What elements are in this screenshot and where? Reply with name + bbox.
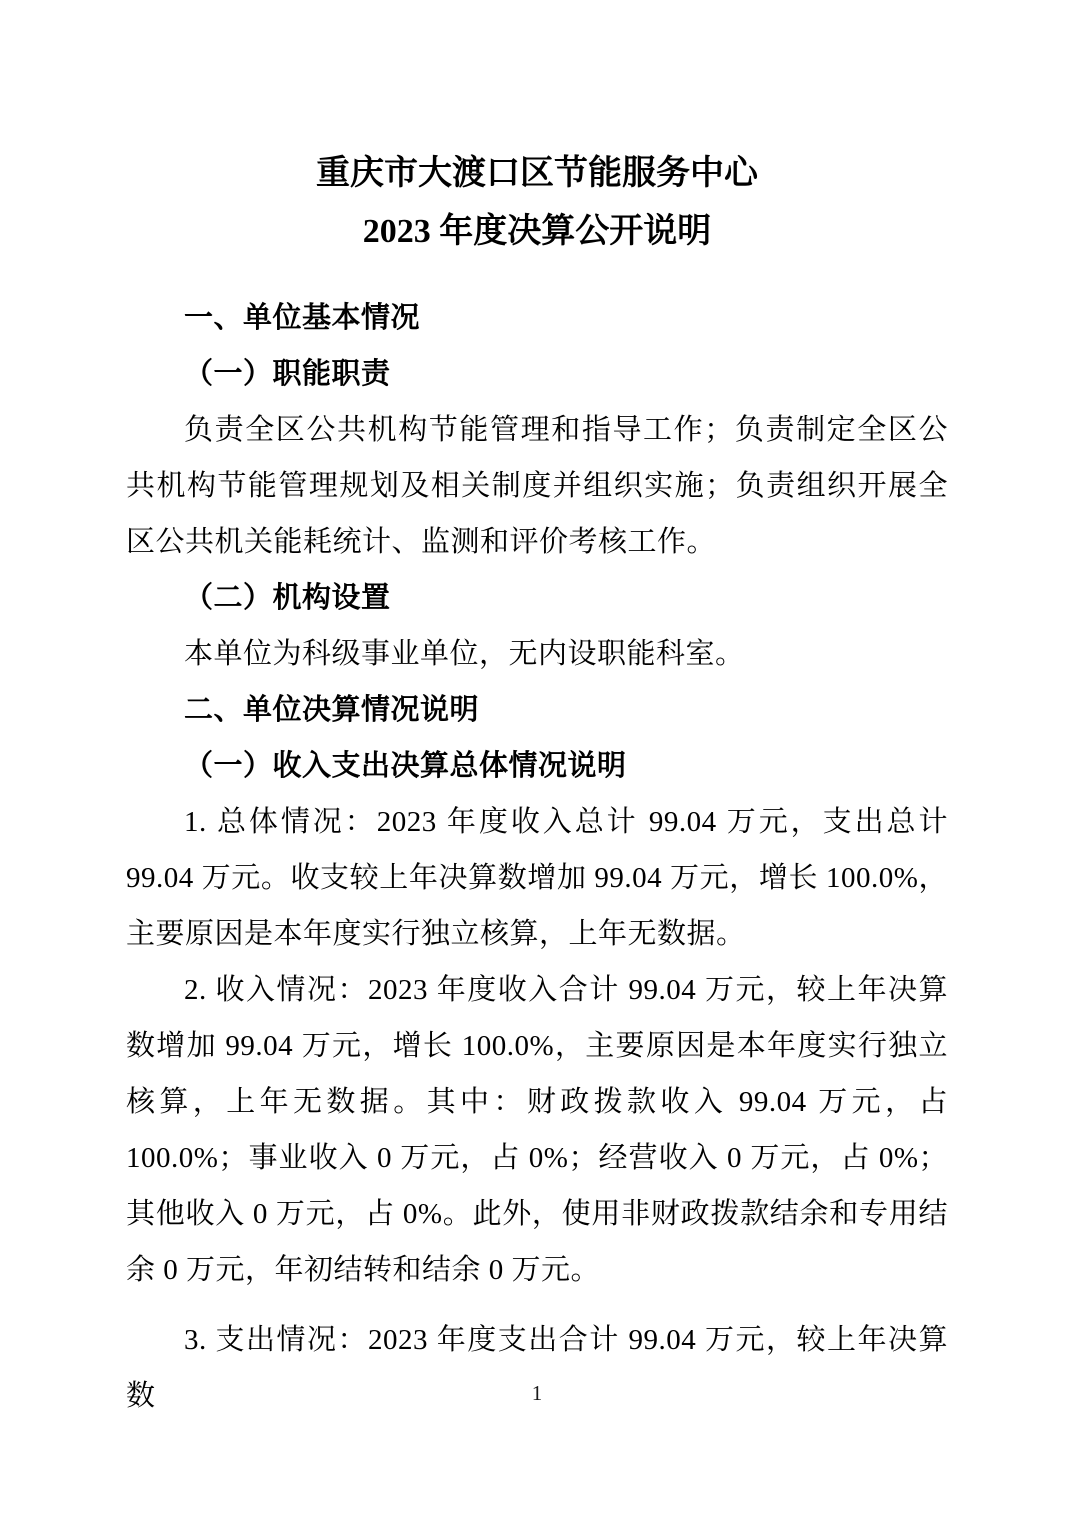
subsection-heading-org-structure: （二）机构设置	[126, 570, 948, 626]
page-content: 重庆市大渡口区节能服务中心 2023 年度决算公开说明 一、单位基本情况 （一）…	[0, 0, 1074, 1424]
section-heading-unit-basic-info: 一、单位基本情况	[126, 290, 948, 346]
paragraph-overall-situation: 1. 总体情况：2023 年度收入总计 99.04 万元，支出总计 99.04 …	[126, 794, 948, 962]
page-number: 1	[0, 1378, 1074, 1408]
paragraph-org-structure: 本单位为科级事业单位，无内设职能科室。	[126, 626, 948, 682]
section-heading-final-accounts: 二、单位决算情况说明	[126, 682, 948, 738]
paragraph-duties: 负责全区公共机构节能管理和指导工作；负责制定全区公共机构节能管理规划及相关制度并…	[126, 402, 948, 570]
paragraph-income-situation: 2. 收入情况：2023 年度收入合计 99.04 万元，较上年决算数增加 99…	[126, 962, 948, 1298]
document-title-line-1: 重庆市大渡口区节能服务中心	[126, 145, 948, 203]
document-page: 重庆市大渡口区节能服务中心 2023 年度决算公开说明 一、单位基本情况 （一）…	[0, 0, 1074, 1520]
subsection-heading-overall-situation: （一）收入支出决算总体情况说明	[126, 738, 948, 794]
document-title-line-2: 2023 年度决算公开说明	[126, 203, 948, 261]
document-body: 一、单位基本情况 （一）职能职责 负责全区公共机构节能管理和指导工作；负责制定全…	[126, 290, 948, 1424]
subsection-heading-duties: （一）职能职责	[126, 346, 948, 402]
document-title: 重庆市大渡口区节能服务中心 2023 年度决算公开说明	[126, 145, 948, 261]
